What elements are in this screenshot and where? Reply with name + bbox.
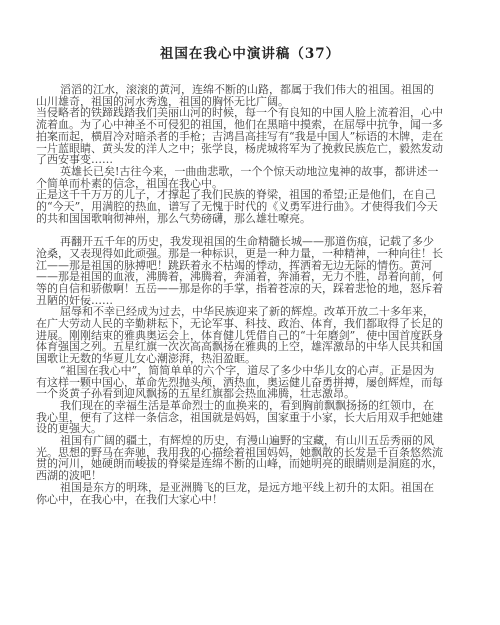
paragraph-8: 我们现在的幸福生活是革命烈士的血换来的，看到胸前飘飘扬扬的红领巾，在我心里，便有… [36,400,444,435]
paragraph-9: 祖国有广阔的疆土，有辉煌的历史，有漫山遍野的宝藏，有山川五岳秀丽的风光。思想的野… [36,435,444,482]
document-body: 滔滔的江水，滚滚的黄河，连绵不断的山路，都属于我们伟大的祖国。祖国的山川雄奇，祖… [36,84,444,505]
document-page: 祖国在我心中演讲稿（37） 滔滔的江水，滚滚的黄河，连绵不断的山路，都属于我们伟… [0,0,500,625]
paragraph-2: 当侵略者的铁蹄践踏我们美丽山河的时候，每一个有良知的中国人脸上流着泪，心中流着血… [36,107,444,166]
paragraph-6: 屈辱和不幸已经成为过去，中华民族迎来了新的辉煌。改革开放二十多年来，在广大劳动人… [36,306,444,365]
paragraph-5: 再翻开五千年的历史，我发现祖国的生命精髓长城——那道伤痕，记载了多少沧桑，又表现… [36,236,444,306]
paragraph-7: “祖国在我心中”，简简单单的六个字，道尽了多少中华儿女的心声。正是因为有这样一颗… [36,365,444,400]
paragraph-10: 祖国是东方的明珠，是亚洲腾飞的巨龙，是远方地平线上初升的太阳。祖国在你心中，在我… [36,482,444,505]
document-title: 祖国在我心中演讲稿（37） [0,0,500,63]
paragraph-3: 英雄长已矣!古往今来，一曲曲悲歌，一个个惊天动地泣鬼神的故事，都讲述一个简单而朴… [36,166,444,189]
paragraph-4: 正是这千千万万的儿子，才撑起了我们民族的脊梁，祖国的希望;正是他们，在自己的“今… [36,189,444,224]
paragraph-1: 滔滔的江水，滚滚的黄河，连绵不断的山路，都属于我们伟大的祖国。祖国的山川雄奇，祖… [36,84,444,107]
